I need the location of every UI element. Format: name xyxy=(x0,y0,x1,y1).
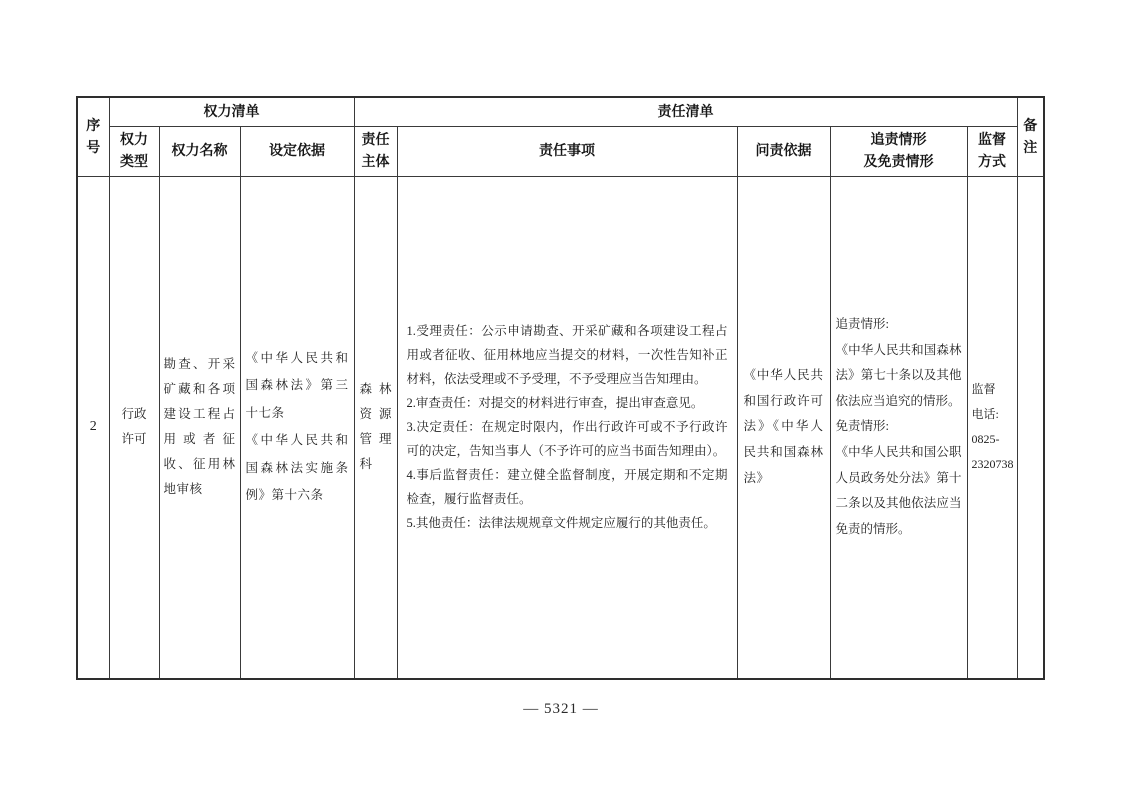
paragraph: 5.其他责任：法律法规规章文件规定应履行的其他责任。 xyxy=(407,511,728,535)
paragraph: 4.事后监督责任：建立健全监督制度，开展定期和不定期检查，履行监督责任。 xyxy=(407,463,728,511)
table-row: 2 行政 许可 勘查、开采矿藏和各项建设工程占用或者征收、征用林地审核 《中华人… xyxy=(77,176,1044,679)
header-power-name: 权力名称 xyxy=(159,126,240,176)
cell-responsibility-matters: 1.受理责任：公示申请勘查、开采矿藏和各项建设工程占用或者征收、征用林地应当提交… xyxy=(397,176,737,679)
cell-setting-basis: 《中华人民共和国森林法》第三十七条《中华人民共和国森林法实施条例》第十六条 xyxy=(240,176,354,679)
paragraph: 《中华人民共和国公职人员政务处分法》第十二条以及其他依法应当免责的情形。 xyxy=(836,440,962,543)
paragraph: 3.决定责任：在规定时限内，作出行政许可或不予行政许可的决定，告知当事人（不予许… xyxy=(407,415,728,463)
header-responsibility-matters: 责任事项 xyxy=(397,126,737,176)
paragraph: 2.审查责任：对提交的材料进行审查，提出审查意见。 xyxy=(407,391,728,415)
paragraph: 1.受理责任：公示申请勘查、开采矿藏和各项建设工程占用或者征收、征用林地应当提交… xyxy=(407,319,728,391)
header-responsibility-subject: 责任 主体 xyxy=(354,126,397,176)
cell-accountability-basis: 《中华人民共和国行政许可法》《中华人民共和国森林法》 xyxy=(737,176,830,679)
paragraph: 免责情形: xyxy=(836,414,962,440)
header-accountability-situations: 追责情形 及免责情形 xyxy=(830,126,967,176)
paragraph: 追责情形: xyxy=(836,312,962,338)
cell-remarks xyxy=(1017,176,1044,679)
paragraph: 《中华人民共和国森林法》第三十七条 xyxy=(246,345,349,428)
header-setting-basis: 设定依据 xyxy=(240,126,354,176)
cell-responsibility-subject: 森 林 资 源 管 理 科 xyxy=(354,176,397,679)
header-responsibility-list: 责任清单 xyxy=(354,97,1017,126)
power-responsibility-table: 序 号 权力清单 责任清单 备 注 权力 类型 权力名称 设定依据 责任 主体 … xyxy=(76,96,1045,680)
header-power-list: 权力清单 xyxy=(109,97,354,126)
cell-power-name: 勘查、开采矿藏和各项建设工程占用或者征收、征用林地审核 xyxy=(159,176,240,679)
cell-supervision-method: 监督 电话: 0825- 2320738 xyxy=(967,176,1017,679)
header-accountability-basis: 问责依据 xyxy=(737,126,830,176)
cell-power-type: 行政 许可 xyxy=(109,176,159,679)
paragraph: 《中华人民共和国森林法》第七十条以及其他依法应当追究的情形。 xyxy=(836,338,962,415)
header-supervision-method: 监督 方式 xyxy=(967,126,1017,176)
cell-accountability-situations: 追责情形:《中华人民共和国森林法》第七十条以及其他依法应当追究的情形。免责情形:… xyxy=(830,176,967,679)
page-number: — 5321 — xyxy=(0,701,1122,718)
cell-serial-number: 2 xyxy=(77,176,109,679)
header-power-type: 权力 类型 xyxy=(109,126,159,176)
header-serial-number: 序 号 xyxy=(77,97,109,176)
paragraph: 《中华人民共和国森林法实施条例》第十六条 xyxy=(246,427,349,510)
header-remarks: 备 注 xyxy=(1017,97,1044,176)
